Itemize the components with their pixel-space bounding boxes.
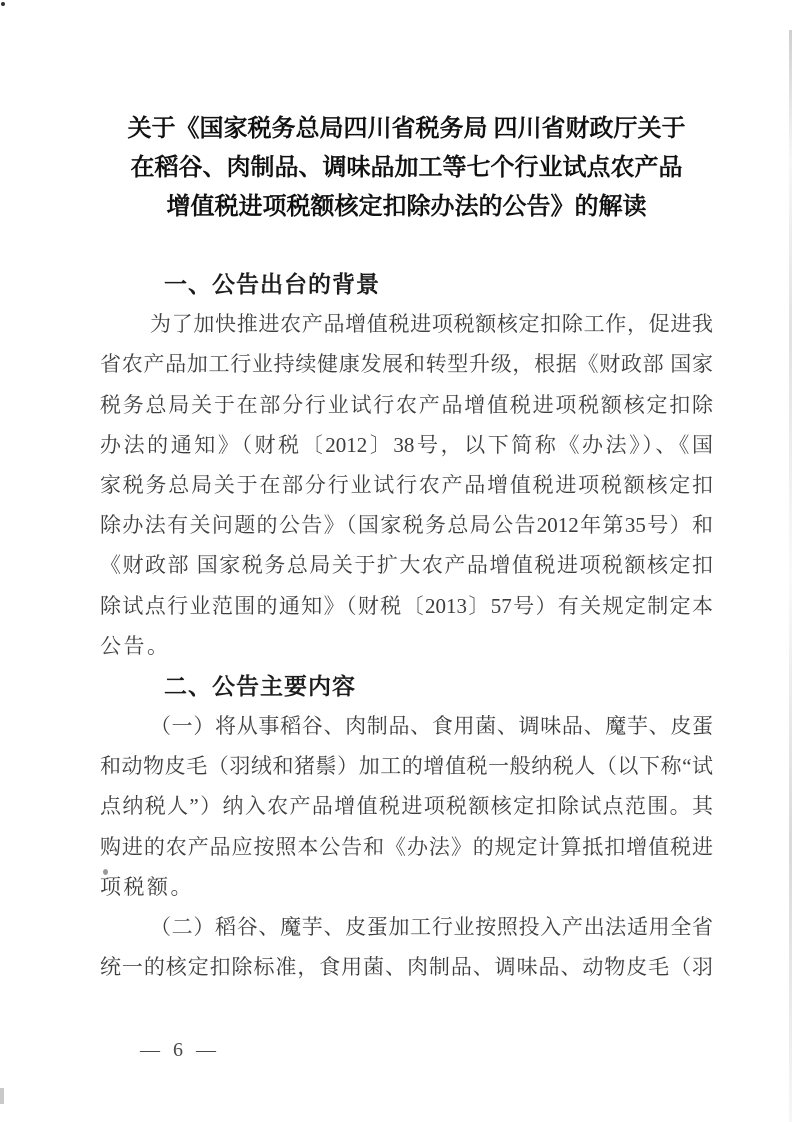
scan-smudge: [0, 1088, 4, 1104]
title-line-2: 在稻谷、肉制品、调味品加工等七个行业试点农产品: [100, 149, 713, 188]
scan-speck: [103, 869, 108, 875]
text-line: 公告。: [100, 626, 713, 666]
title-line-1: 关于《国家税务总局四川省税务局 四川省财政厅关于: [100, 110, 713, 149]
text-line: （一）将从事稻谷、肉制品、食用菌、调味品、魔芋、皮蛋: [100, 706, 713, 746]
text-line: 办法的通知》（财税〔2012〕38号，以下简称《办法》）、《国: [100, 425, 713, 465]
text-line: 为了加快推进农产品增值税进项税额核定扣除工作，促进我: [100, 304, 713, 344]
text-line: 《财政部 国家税务总局关于扩大农产品增值税进项税额核定扣: [100, 545, 713, 585]
text-line: 项税额。: [100, 867, 713, 907]
document-body: 一、公告出台的背景 为了加快推进农产品增值税进项税额核定扣除工作，促进我 省农产…: [100, 264, 713, 987]
scan-speck: [1, 2, 5, 6]
text-line: 和动物皮毛（羽绒和猪鬃）加工的增值税一般纳税人（以下称“试: [100, 746, 713, 786]
page-number: — 6 —: [140, 1036, 220, 1064]
text-line: 税务总局关于在部分行业试行农产品增值税进项税额核定扣除: [100, 385, 713, 425]
scan-edge-artifact: [789, 30, 792, 1122]
section-1-heading: 一、公告出台的背景: [100, 264, 713, 304]
text-line: 家税务总局关于在部分行业试行农产品增值税进项税额核定扣: [100, 465, 713, 505]
document-page: 关于《国家税务总局四川省税务局 四川省财政厅关于 在稻谷、肉制品、调味品加工等七…: [0, 0, 794, 1122]
section-2-heading: 二、公告主要内容: [100, 666, 713, 706]
text-line: 购进的农产品应按照本公告和《办法》的规定计算抵扣增值税进: [100, 827, 713, 867]
text-line: 除办法有关问题的公告》（国家税务总局公告2012年第35号）和: [100, 505, 713, 545]
title-line-3: 增值税进项税额核定扣除办法的公告》的解读: [100, 188, 713, 227]
text-line: 统一的核定扣除标准，食用菌、肉制品、调味品、动物皮毛（羽: [100, 947, 713, 987]
text-line: 除试点行业范围的通知》（财税〔2013〕57号）有关规定制定本: [100, 586, 713, 626]
text-line: 省农产品加工行业持续健康发展和转型升级，根据《财政部 国家: [100, 344, 713, 384]
document-title: 关于《国家税务总局四川省税务局 四川省财政厅关于 在稻谷、肉制品、调味品加工等七…: [100, 110, 713, 227]
text-line: 点纳税人”）纳入农产品增值税进项税额核定扣除试点范围。其: [100, 786, 713, 826]
text-line: （二）稻谷、魔芋、皮蛋加工行业按照投入产出法适用全省: [100, 907, 713, 947]
